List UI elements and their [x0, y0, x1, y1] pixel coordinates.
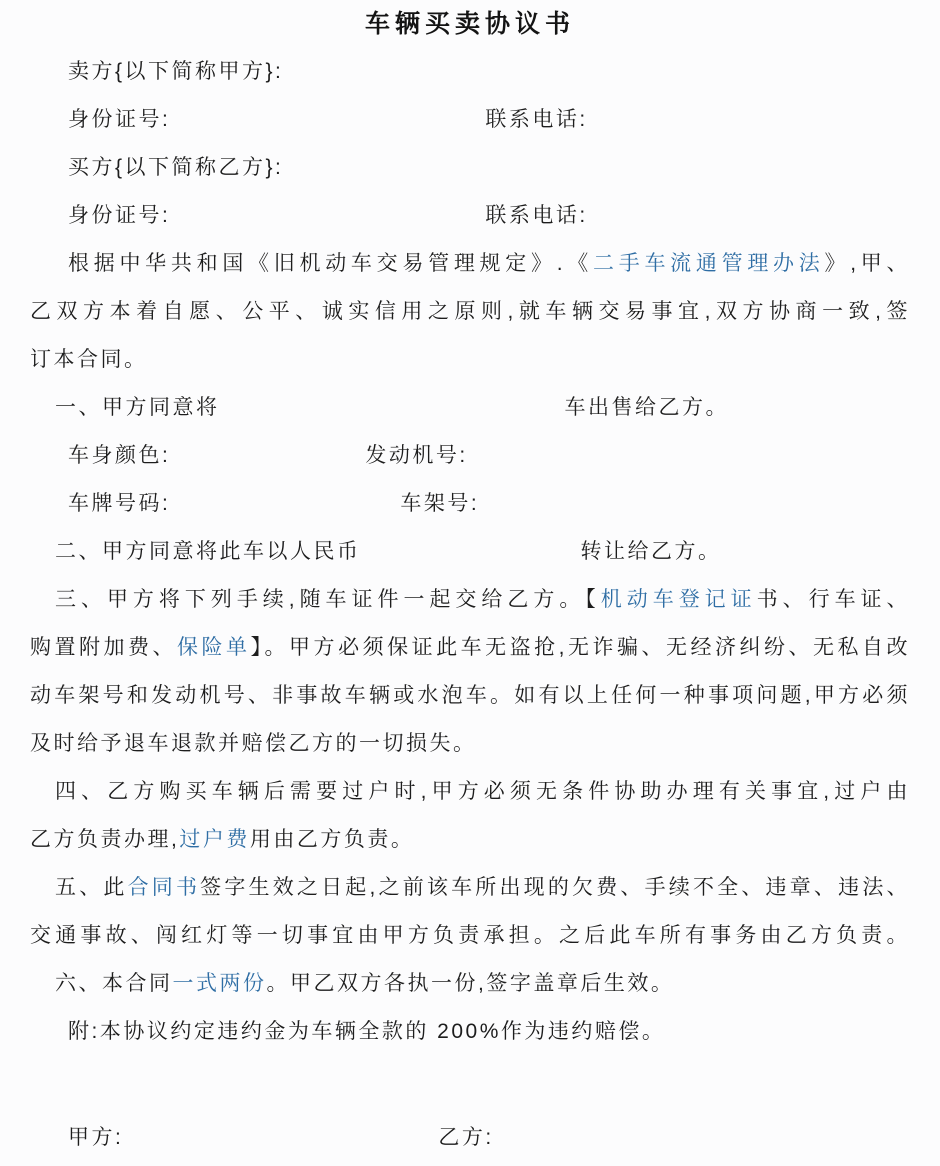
clause-1-prefix: 一、甲方同意将 [55, 396, 220, 419]
clause-5-line-1: 五、此合同书签字生效之日起,之前该车所出现的欠费、手续不全、违章、违法、 [30, 864, 910, 912]
clause-5-text: 签字生效之日起,之前该车所出现的欠费、手续不全、违章、违法、 [200, 876, 910, 899]
contract-document: 车辆买卖协议书 卖方{以下简称甲方}: 身份证号:联系电话: 买方{以下简称乙方… [0, 0, 940, 1166]
preamble-line-2: 乙双方本着自愿、公平、诚实信用之原则,就车辆交易事宜,双方协商一致,签 [30, 288, 910, 336]
party-a-signature-label: 甲方: [68, 1126, 123, 1149]
clause-2-suffix: 转让给乙方。 [581, 540, 722, 563]
link-insurance-policy[interactable]: 保险单 [177, 636, 251, 659]
preamble-text: 》,甲、 [825, 252, 911, 275]
body-color-label: 车身颜色: [68, 444, 170, 467]
preamble-line-3: 订本合同。 [30, 336, 910, 384]
party-a-signature-blank [123, 1143, 438, 1144]
link-vehicle-registration-certificate[interactable]: 机动车登记证 [601, 588, 757, 611]
vin-label: 车架号: [400, 492, 479, 515]
clause-5-line-2: 交通事故、闯红灯等一切事宜由甲方负责承担。之后此车所有事务由乙方负责。 [30, 912, 910, 960]
clause-3-line-3: 动车架号和发动机号、非事故车辆或水泡车。如有以上任何一种事项问题,甲方必须 [30, 672, 910, 720]
vehicle-name-blank [220, 413, 565, 414]
seller-line: 卖方{以下简称甲方}: [30, 48, 910, 96]
clause-1-line: 一、甲方同意将车出售给乙方。 [30, 384, 910, 432]
seller-id-phone-line: 身份证号:联系电话: [30, 96, 910, 144]
clause-3-line-2: 购置附加费、保险单】。甲方必须保证此车无盗抢,无诈骗、无经济纠纷、无私自改 [30, 624, 910, 672]
clause-6-text: 。甲乙双方各执一份,签字盖章后生效。 [267, 972, 675, 995]
clause-3-text: 】。甲方必须保证此车无盗抢,无诈骗、无经济纠纷、无私自改 [251, 636, 910, 659]
clause-3-text: 三、甲方将下列手续,随车证件一起交给乙方。【 [55, 588, 601, 611]
seller-id-label: 身份证号: [68, 108, 170, 131]
clause-3-line-1: 三、甲方将下列手续,随车证件一起交给乙方。【机动车登记证书、行车证、 [30, 576, 910, 624]
party-b-signature-label: 乙方: [438, 1126, 493, 1149]
clause-2-prefix: 二、甲方同意将此车以人民币 [55, 540, 361, 563]
buyer-phone-label: 联系电话: [485, 204, 587, 227]
clause-3-text: 购置附加费、 [30, 636, 177, 659]
clause-4-line-1: 四、乙方购买车辆后需要过户时,甲方必须无条件协助办理有关事宜,过户由 [30, 768, 910, 816]
clause-3-text: 书、行车证、 [757, 588, 910, 611]
engine-number-label: 发动机号: [365, 444, 467, 467]
plate-number-label: 车牌号码: [68, 492, 170, 515]
appendix-line: 附:本协议约定违约金为车辆全款的 200%作为违约赔偿。 [30, 1008, 910, 1056]
buyer-id-phone-line: 身份证号:联系电话: [30, 192, 910, 240]
buyer-line: 买方{以下简称乙方}: [30, 144, 910, 192]
link-used-car-circulation-measures[interactable]: 二手车流通管理办法 [593, 252, 825, 275]
clause-4-line-2: 乙方负责办理,过户费用由乙方负责。 [30, 816, 910, 864]
clause-4-text: 用由乙方负责。 [250, 828, 415, 851]
signature-line: 甲方:乙方: [30, 1114, 910, 1162]
link-contract-document[interactable]: 合同书 [128, 876, 201, 899]
vehicle-color-engine-line: 车身颜色:发动机号: [30, 432, 910, 480]
seller-id-blank [170, 125, 485, 126]
plate-number-blank [170, 509, 400, 510]
preamble-text: 根据中华共和国《旧机动车交易管理规定》.《 [68, 252, 593, 275]
buyer-label: 买方{以下简称乙方}: [68, 156, 283, 179]
buyer-id-label: 身份证号: [68, 204, 170, 227]
clause-1-suffix: 车出售给乙方。 [565, 396, 730, 419]
clause-2-line: 二、甲方同意将此车以人民币转让给乙方。 [30, 528, 910, 576]
clause-6-text: 六、本合同 [55, 972, 173, 995]
clause-6-line: 六、本合同一式两份。甲乙双方各执一份,签字盖章后生效。 [30, 960, 910, 1008]
clause-5-text: 五、此 [55, 876, 128, 899]
link-transfer-fee[interactable]: 过户费 [179, 828, 250, 851]
link-in-duplicate[interactable]: 一式两份 [173, 972, 267, 995]
clause-4-text: 乙方负责办理, [30, 828, 179, 851]
body-color-blank [170, 461, 365, 462]
page-title: 车辆买卖协议书 [30, 0, 910, 48]
clause-3-line-4: 及时给予退车退款并赔偿乙方的一切损失。 [30, 720, 910, 768]
price-blank [361, 557, 581, 558]
vehicle-plate-vin-line: 车牌号码:车架号: [30, 480, 910, 528]
preamble-line-1: 根据中华共和国《旧机动车交易管理规定》.《二手车流通管理办法》,甲、 [30, 240, 910, 288]
seller-phone-label: 联系电话: [485, 108, 587, 131]
seller-label: 卖方{以下简称甲方}: [68, 60, 283, 83]
buyer-id-blank [170, 221, 485, 222]
